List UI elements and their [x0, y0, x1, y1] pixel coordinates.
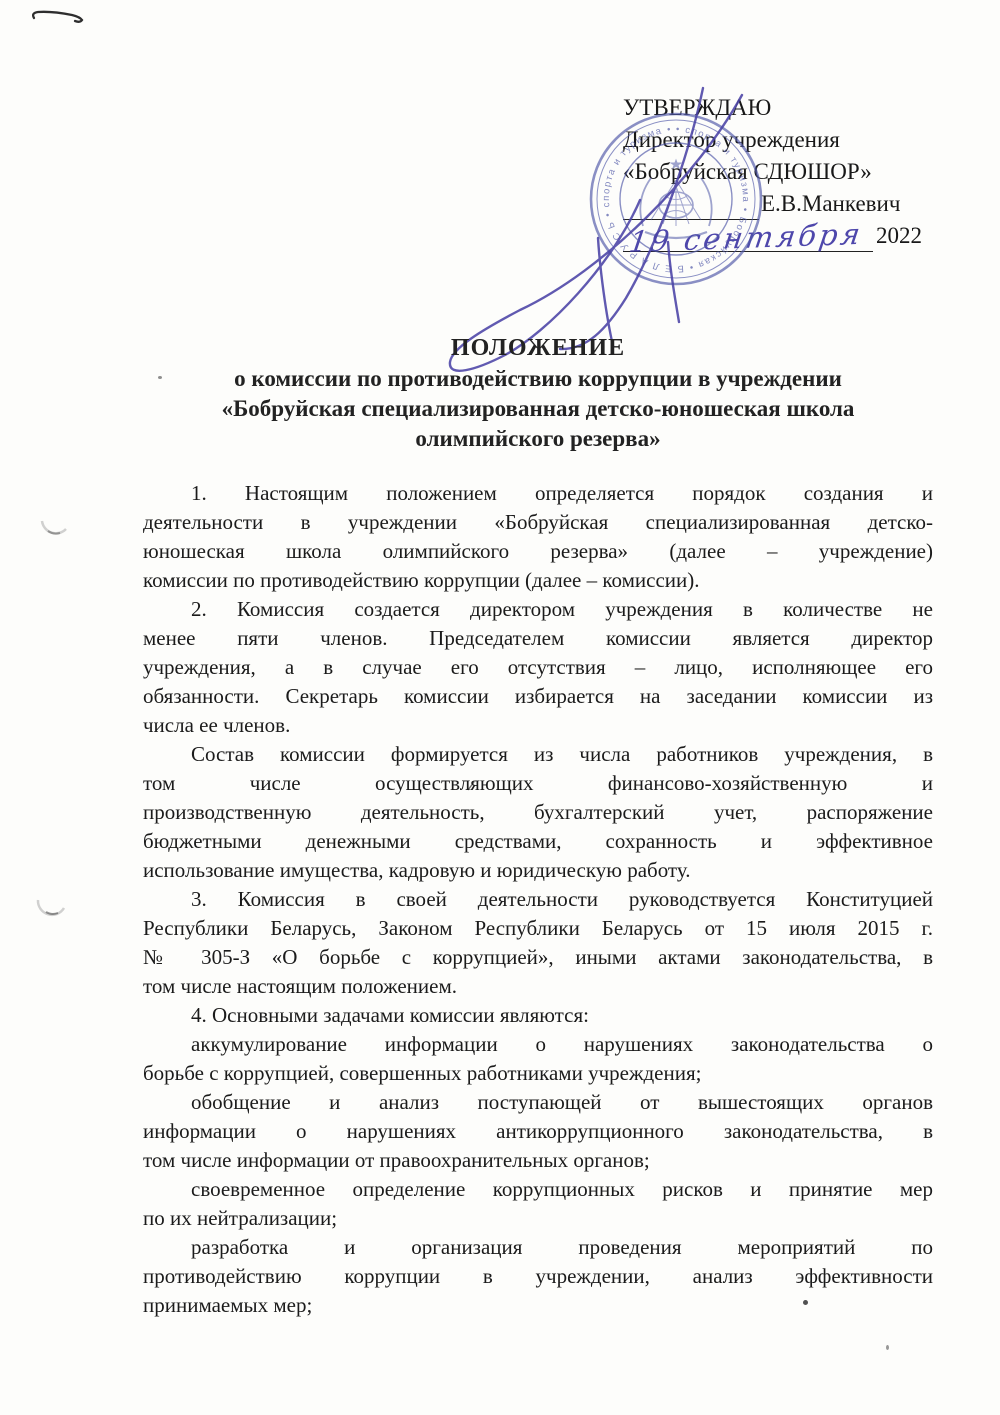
text-line: 2. Комиссия создается директором учрежде… [143, 595, 933, 624]
text-line: комиссии по противодействию коррупции (д… [143, 566, 933, 595]
text-line: обобщение и анализ поступающей от вышест… [143, 1088, 933, 1117]
paragraph: разработка и организация проведения меро… [143, 1233, 933, 1320]
text-line: том числе информации от правоохранительн… [143, 1146, 933, 1175]
approval-year: 2022 [876, 220, 922, 252]
paragraph: обобщение и анализ поступающей от вышест… [143, 1088, 933, 1175]
text-line: производственную деятельность, бухгалтер… [143, 798, 933, 827]
text-line: своевременное определение коррупционных … [143, 1175, 933, 1204]
document-subtitle-1: о комиссии по противодействию коррупции … [143, 364, 933, 394]
paragraph: своевременное определение коррупционных … [143, 1175, 933, 1233]
text-line: использование имущества, кадровую и юрид… [143, 856, 933, 885]
document-subtitle-3: олимпийского резерва» [143, 424, 933, 454]
scanned-document-page: УТВЕРЖДАЮ Директор учреждения «Бобруйска… [0, 0, 1000, 1415]
text-line: 4. Основными задачами комиссии являются: [143, 1001, 933, 1030]
text-line: № 305-З «О борьбе с коррупцией», иными а… [143, 943, 933, 972]
signer-name: Е.В.Манкевич [761, 188, 900, 220]
text-line: бюджетными денежными средствами, сохранн… [143, 827, 933, 856]
document-subtitle-2: «Бобруйская специализированная детско-юн… [143, 394, 933, 424]
paragraph: 2. Комиссия создается директором учрежде… [143, 595, 933, 740]
text-line: юношеская школа олимпийского резерва» (д… [143, 537, 933, 566]
paragraph: 1. Настоящим положением определяется пор… [143, 479, 933, 595]
ink-speck [886, 1345, 889, 1350]
paragraph: Состав комиссии формируется из числа раб… [143, 740, 933, 885]
text-line: 3. Комиссия в своей деятельности руковод… [143, 885, 933, 914]
paragraph: аккумулирование информации о нарушениях … [143, 1030, 933, 1088]
text-line: учреждения, а в случае его отсутствия – … [143, 653, 933, 682]
text-line: Республики Беларусь, Законом Республики … [143, 914, 933, 943]
text-line: разработка и организация проведения меро… [143, 1233, 933, 1262]
text-line: информации о нарушениях антикоррупционно… [143, 1117, 933, 1146]
text-line: менее пяти членов. Председателем комисси… [143, 624, 933, 653]
text-line: деятельности в учреждении «Бобруйская сп… [143, 508, 933, 537]
text-line: по их нейтрализации; [143, 1204, 933, 1233]
ink-speck [158, 376, 162, 379]
text-line: 1. Настоящим положением определяется пор… [143, 479, 933, 508]
text-line: числа ее членов. [143, 711, 933, 740]
text-line: том числе осуществляющих финансово-хозяй… [143, 769, 933, 798]
text-line: борьбе с коррупцией, совершенных работни… [143, 1059, 933, 1088]
paragraph: 4. Основными задачами комиссии являются: [143, 1001, 933, 1030]
document-body: 1. Настоящим положением определяется пор… [143, 479, 933, 1320]
title-block: ПОЛОЖЕНИЕ о комиссии по противодействию … [143, 332, 933, 454]
hole-punch-mark [36, 505, 76, 545]
hole-punch-mark [32, 886, 72, 926]
text-line: Состав комиссии формируется из числа раб… [143, 740, 933, 769]
text-line: обязанности. Секретарь комиссии избирает… [143, 682, 933, 711]
document-title: ПОЛОЖЕНИЕ [143, 332, 933, 364]
text-line: том числе настоящим положением. [143, 972, 933, 1001]
text-line: аккумулирование информации о нарушениях … [143, 1030, 933, 1059]
text-line: противодействию коррупции в учреждении, … [143, 1262, 933, 1291]
paragraph: 3. Комиссия в своей деятельности руковод… [143, 885, 933, 1001]
pen-squiggle-artifact [28, 5, 90, 27]
text-line: принимаемых мер; [143, 1291, 933, 1320]
